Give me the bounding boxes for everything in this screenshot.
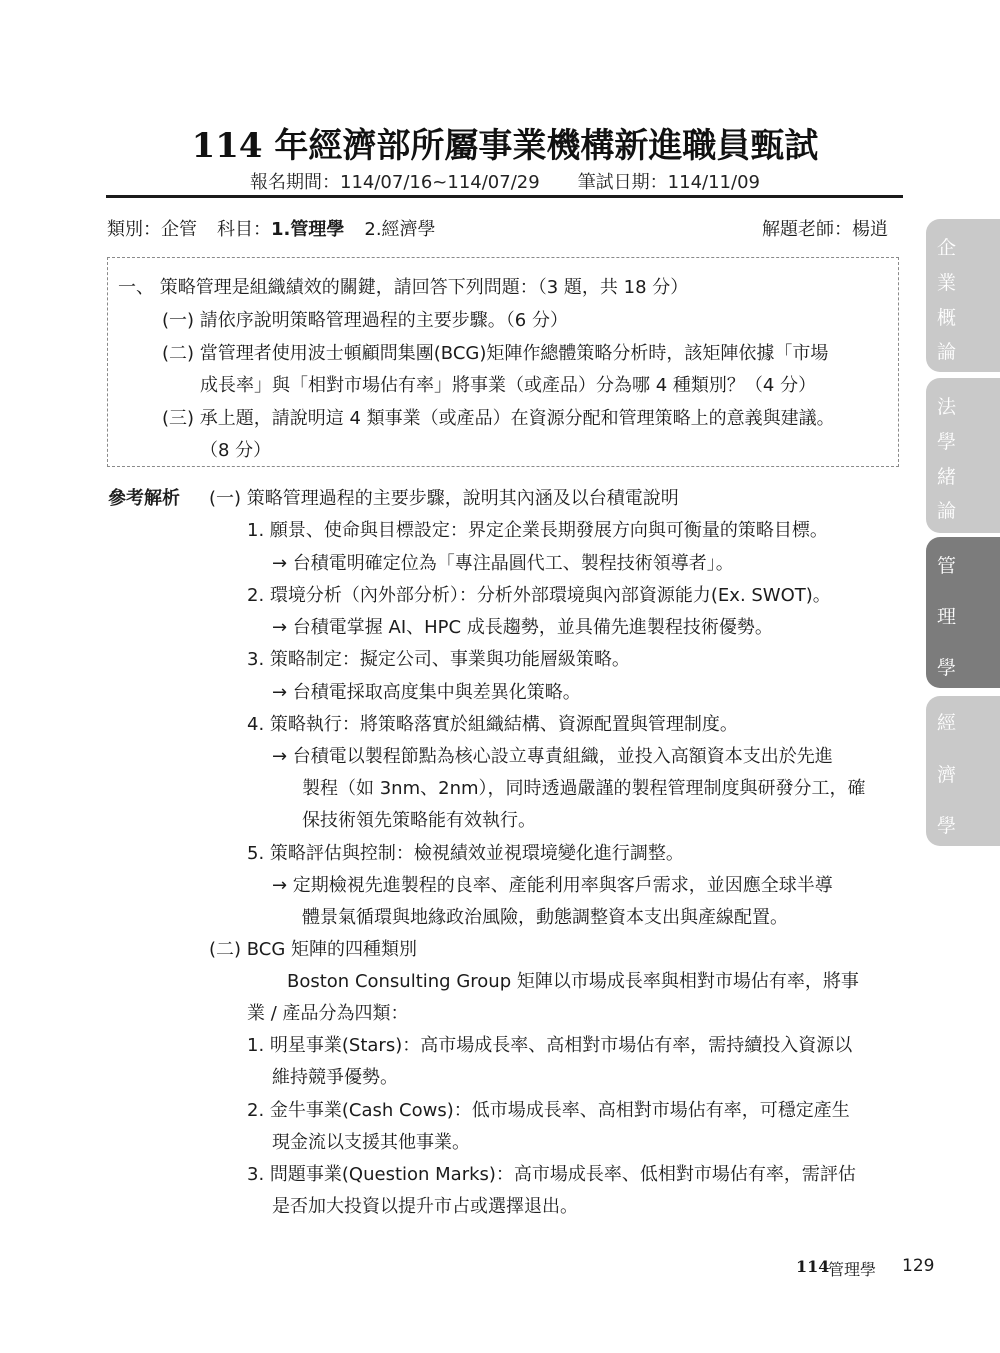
step-1: 1. 願景、使命與目標設定：界定企業長期發展方向與可衡量的策略目標。 (247, 516, 828, 542)
step-1-example: → 台積電明確定位為「專注晶圓代工、製程技術領導者」。 (272, 549, 734, 575)
step-3: 3. 策略制定：擬定公司、事業與功能層級策略。 (247, 645, 630, 671)
tab-char: 緒 (937, 462, 956, 489)
tab-char: 概 (937, 303, 956, 330)
bcg-question-marks-cont: 是否加大投資以提升市占或選擇退出。 (272, 1192, 578, 1218)
footer-year: 114 (796, 1257, 829, 1276)
side-tab-law-intro[interactable]: 法 學 緒 論 (926, 378, 1000, 533)
tab-char: 法 (937, 392, 956, 419)
registration-period: 報名期間：114/07/16~114/07/29 (250, 172, 540, 193)
step-4-example: → 台積電以製程節點為核心設立專責組織，並投入高額資本支出於先進 (272, 742, 833, 768)
tab-char: 學 (937, 427, 956, 454)
question-sub-1: (一) 請依序說明策略管理過程的主要步驟。（6 分） (162, 306, 568, 332)
exam-date: 筆試日期：114/11/09 (578, 172, 760, 193)
tab-char: 業 (937, 268, 956, 295)
subject-label: 科目： (217, 219, 271, 240)
bcg-stars: 1. 明星事業(Stars)：高市場成長率、高相對市場佔有率，需持續投入資源以 (247, 1031, 852, 1057)
step-2-example: → 台積電掌握 AI、HPC 成長趨勢，並具備先進製程技術優勢。 (272, 613, 773, 639)
footer-subject: 管理學 (828, 1257, 876, 1280)
step-4-example-cont2: 保技術領先策略能有效執行。 (302, 806, 536, 832)
question-sub-3-cont: （8 分） (200, 436, 271, 462)
answer-label: 參考解析 (108, 484, 180, 510)
subject-current: 1.管理學 (271, 219, 344, 240)
step-3-example: → 台積電採取高度集中與差異化策略。 (272, 678, 581, 704)
step-2: 2. 環境分析（內外部分析）：分析外部環境與內部資源能力(Ex. SWOT)。 (247, 581, 831, 607)
tab-char: 經 (937, 708, 956, 735)
bcg-stars-cont: 維持競爭優勢。 (272, 1063, 398, 1089)
answer-part1-heading: (一) 策略管理過程的主要步驟，說明其內涵及以台積電說明 (209, 484, 679, 510)
step-5-example: → 定期檢視先進製程的良率、產能利用率與客戶需求，並因應全球半導 (272, 871, 833, 897)
bcg-intro-cont: 業 / 產品分為四類： (247, 999, 409, 1025)
teacher-label: 解題老師：楊逍 (762, 215, 888, 241)
bcg-cash-cows-cont: 現金流以支援其他事業。 (272, 1128, 470, 1154)
tab-char: 論 (937, 337, 956, 364)
step-5: 5. 策略評估與控制：檢視績效並視環境變化進行調整。 (247, 839, 684, 865)
bcg-question-marks: 3. 問題事業(Question Marks)：高市場成長率、低相對市場佔有率，… (247, 1160, 856, 1186)
step-4: 4. 策略執行：將策略落實於組織結構、資源配置與管理制度。 (247, 710, 738, 736)
tab-char: 學 (937, 653, 956, 680)
question-sub-2-cont: 成長率」與「相對市場佔有率」將事業（或產品）分為哪 4 種類別？（4 分） (200, 371, 816, 397)
step-5-example-cont: 體景氣循環與地緣政治風險，動態調整資本支出與產線配置。 (302, 903, 788, 929)
question-sub-3: (三) 承上題，請說明這 4 類事業（或產品）在資源分配和管理策略上的意義與建議… (162, 404, 835, 430)
header-divider (106, 195, 903, 198)
exam-schedule: 報名期間：114/07/16~114/07/29筆試日期：114/11/09 (0, 168, 1000, 194)
exam-meta: 類別：企管科目：1.管理學2.經濟學 (107, 215, 436, 241)
bcg-cash-cows: 2. 金牛事業(Cash Cows)：低市場成長率、高相對市場佔有率，可穩定產生 (247, 1096, 850, 1122)
question-main: 一、 策略管理是組織績效的關鍵，請回答下列問題：（3 題，共 18 分） (118, 273, 688, 299)
category-label: 類別：企管 (107, 219, 197, 240)
tab-char: 濟 (937, 760, 956, 787)
side-tab-economics[interactable]: 經 濟 學 (926, 696, 1000, 846)
side-tab-management-active[interactable]: 管 理 學 (926, 537, 1000, 688)
subject-other: 2.經濟學 (364, 219, 435, 240)
tab-char: 管 (937, 551, 956, 578)
step-4-example-cont: 製程（如 3nm、2nm），同時透過嚴謹的製程管理制度與研發分工，確 (302, 774, 866, 800)
page-title: 114 年經濟部所屬事業機構新進職員甄試 (0, 118, 1000, 167)
tab-char: 學 (937, 811, 956, 838)
question-sub-2: (二) 當管理者使用波士頓顧問集團(BCG)矩陣作總體策略分析時，該矩陣依據「市… (162, 339, 828, 365)
tab-char: 理 (937, 602, 956, 629)
tab-char: 論 (937, 496, 956, 523)
tab-char: 企 (937, 233, 956, 260)
side-tab-business-intro[interactable]: 企 業 概 論 (926, 219, 1000, 372)
answer-part2-heading: (二) BCG 矩陣的四種類別 (209, 935, 417, 961)
page-number: 129 (902, 1256, 934, 1276)
bcg-intro: Boston Consulting Group 矩陣以市場成長率與相對市場佔有率… (287, 967, 859, 993)
